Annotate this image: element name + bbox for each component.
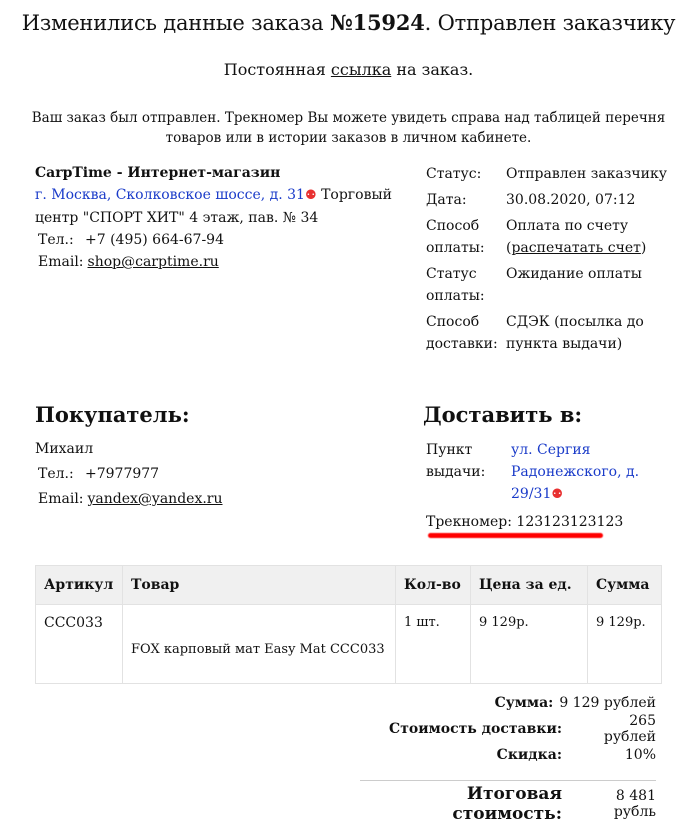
shop-address-link[interactable]: г. Москва, Сколковское шоссе, д. 31	[35, 187, 305, 203]
page-title: Изменились данные заказа №15924. Отправл…	[0, 10, 697, 35]
grand-total-label: Итоговая стоимость:	[360, 784, 576, 820]
email-label: Email:	[38, 487, 84, 512]
tracking-number: 123123123123	[516, 514, 623, 530]
phone-label: Тел.:	[38, 462, 85, 487]
item-qty: 1 шт.	[396, 605, 471, 684]
delivery-cost-row: Стоимость доставки:265 рублей	[360, 716, 656, 742]
payment-method-value: Оплата по счету(распечатать счет)	[506, 215, 696, 263]
date-row: Дата:30.08.2020, 07:12	[426, 189, 696, 215]
tracking-row: Трекномер: 123123123123	[426, 511, 623, 533]
payment-method-row: Способ оплаты:Оплата по счету(распечатат…	[426, 215, 696, 263]
date-value: 30.08.2020, 07:12	[506, 189, 696, 215]
delivery-method-label: Способ доставки:	[426, 311, 506, 359]
shop-address: г. Москва, Сколковское шоссе, д. 31⚉ Тор…	[35, 184, 420, 229]
buyer-email-link[interactable]: yandex@yandex.ru	[88, 487, 223, 512]
pickup-address-link[interactable]: ул. Сергия Радонежского, д. 29/31	[511, 442, 639, 502]
col-qty: Кол-во	[396, 566, 471, 605]
col-sum: Сумма	[588, 566, 662, 605]
col-unit-price: Цена за ед.	[471, 566, 588, 605]
email-label: Email:	[38, 251, 84, 273]
col-sku: Артикул	[36, 566, 123, 605]
pickup-row: Пункт выдачи: ул. Сергия Радонежского, д…	[426, 439, 676, 506]
payment-method-text: Оплата по счету	[506, 218, 628, 234]
order-status-table: Статус:Отправлен заказчику Дата:30.08.20…	[426, 163, 696, 359]
status-row: Статус:Отправлен заказчику	[426, 163, 696, 189]
subtotal-value: 9 129 рублей	[559, 695, 656, 711]
delivery-method-row: Способ доставки:СДЭК (посылка до пункта …	[426, 311, 696, 359]
item-sum: 9 129р.	[588, 605, 662, 684]
permalink-line: Постоянная ссылка на заказ.	[0, 60, 697, 79]
pickup-address: ул. Сергия Радонежского, д. 29/31⚉	[511, 439, 676, 506]
delivery-table: Пункт выдачи: ул. Сергия Радонежского, д…	[426, 439, 676, 506]
status-value: Отправлен заказчику	[506, 163, 696, 189]
buyer-email-row: Email:yandex@yandex.ru	[35, 487, 223, 512]
payment-method-label: Способ оплаты:	[426, 215, 506, 263]
permalink-suffix: на заказ.	[391, 60, 473, 79]
tracking-label: Трекномер:	[426, 514, 512, 530]
tracking-highlight-underline	[428, 533, 603, 538]
shop-info: CarpTime - Интернет-магазин г. Москва, С…	[35, 162, 420, 273]
delivery-heading: Доставить в:	[423, 402, 582, 427]
title-prefix: Изменились данные заказа	[22, 11, 330, 35]
delivery-method-value: СДЭК (посылка до пункта выдачи)	[506, 311, 696, 359]
buyer-info: Михаил Тел.:+7977977 Email:yandex@yandex…	[35, 437, 223, 512]
item-name: FOX карповый мат Easy Mat CCC033	[123, 605, 396, 684]
order-totals: Сумма:9 129 рублей Стоимость доставки:26…	[360, 690, 656, 817]
payment-status-row: Статус оплаты:Ожидание оплаты	[426, 263, 696, 311]
grand-total-value: 8 481 рубль	[576, 788, 656, 820]
discount-value: 10%	[576, 747, 656, 763]
items-header-row: Артикул Товар Кол-во Цена за ед. Сумма	[36, 566, 662, 605]
items-table: Артикул Товар Кол-во Цена за ед. Сумма C…	[35, 565, 662, 684]
item-price: 9 129р.	[471, 605, 588, 684]
buyer-heading: Покупатель:	[35, 402, 190, 427]
delivery-cost-label: Стоимость доставки:	[360, 721, 576, 737]
grand-total-row: Итоговая стоимость:8 481 рубль	[360, 791, 656, 817]
totals-divider	[360, 780, 656, 781]
map-pin-icon[interactable]: ⚉	[305, 188, 317, 203]
date-label: Дата:	[426, 189, 506, 215]
shop-name: CarpTime - Интернет-магазин	[35, 162, 420, 184]
buyer-phone-row: Тел.:+7977977	[35, 462, 223, 487]
permalink-link[interactable]: ссылка	[331, 60, 391, 79]
shop-email-row: Email:shop@carptime.ru	[35, 251, 420, 273]
shop-phone-row: Тел.:+7 (495) 664-67-94	[35, 229, 420, 251]
status-label: Статус:	[426, 163, 506, 189]
buyer-phone: +7977977	[85, 462, 159, 487]
payment-status-value: Ожидание оплаты	[506, 263, 696, 311]
payment-status-label: Статус оплаты:	[426, 263, 506, 311]
phone-label: Тел.:	[38, 229, 85, 251]
order-number: №15924	[330, 10, 425, 35]
delivery-cost-value: 265 рублей	[576, 713, 656, 745]
title-suffix: . Отправлен заказчику	[425, 11, 676, 35]
discount-row: Скидка:10%	[360, 742, 656, 768]
buyer-name: Михаил	[35, 437, 223, 462]
map-pin-icon[interactable]: ⚉	[551, 487, 563, 502]
print-invoice-link[interactable]: распечатать счет	[511, 240, 640, 256]
item-sku: CCC033	[36, 605, 123, 684]
table-row: CCC033 FOX карповый мат Easy Mat CCC033 …	[36, 605, 662, 684]
discount-label: Скидка:	[360, 747, 576, 763]
shop-phone: +7 (495) 664-67-94	[85, 229, 224, 251]
shipping-notice: Ваш заказ был отправлен. Трекномер Вы мо…	[30, 108, 667, 148]
permalink-prefix: Постоянная	[224, 60, 331, 79]
pickup-label: Пункт выдачи:	[426, 439, 511, 506]
shop-email-link[interactable]: shop@carptime.ru	[88, 251, 219, 273]
col-product: Товар	[123, 566, 396, 605]
subtotal-label: Сумма:	[360, 695, 559, 711]
